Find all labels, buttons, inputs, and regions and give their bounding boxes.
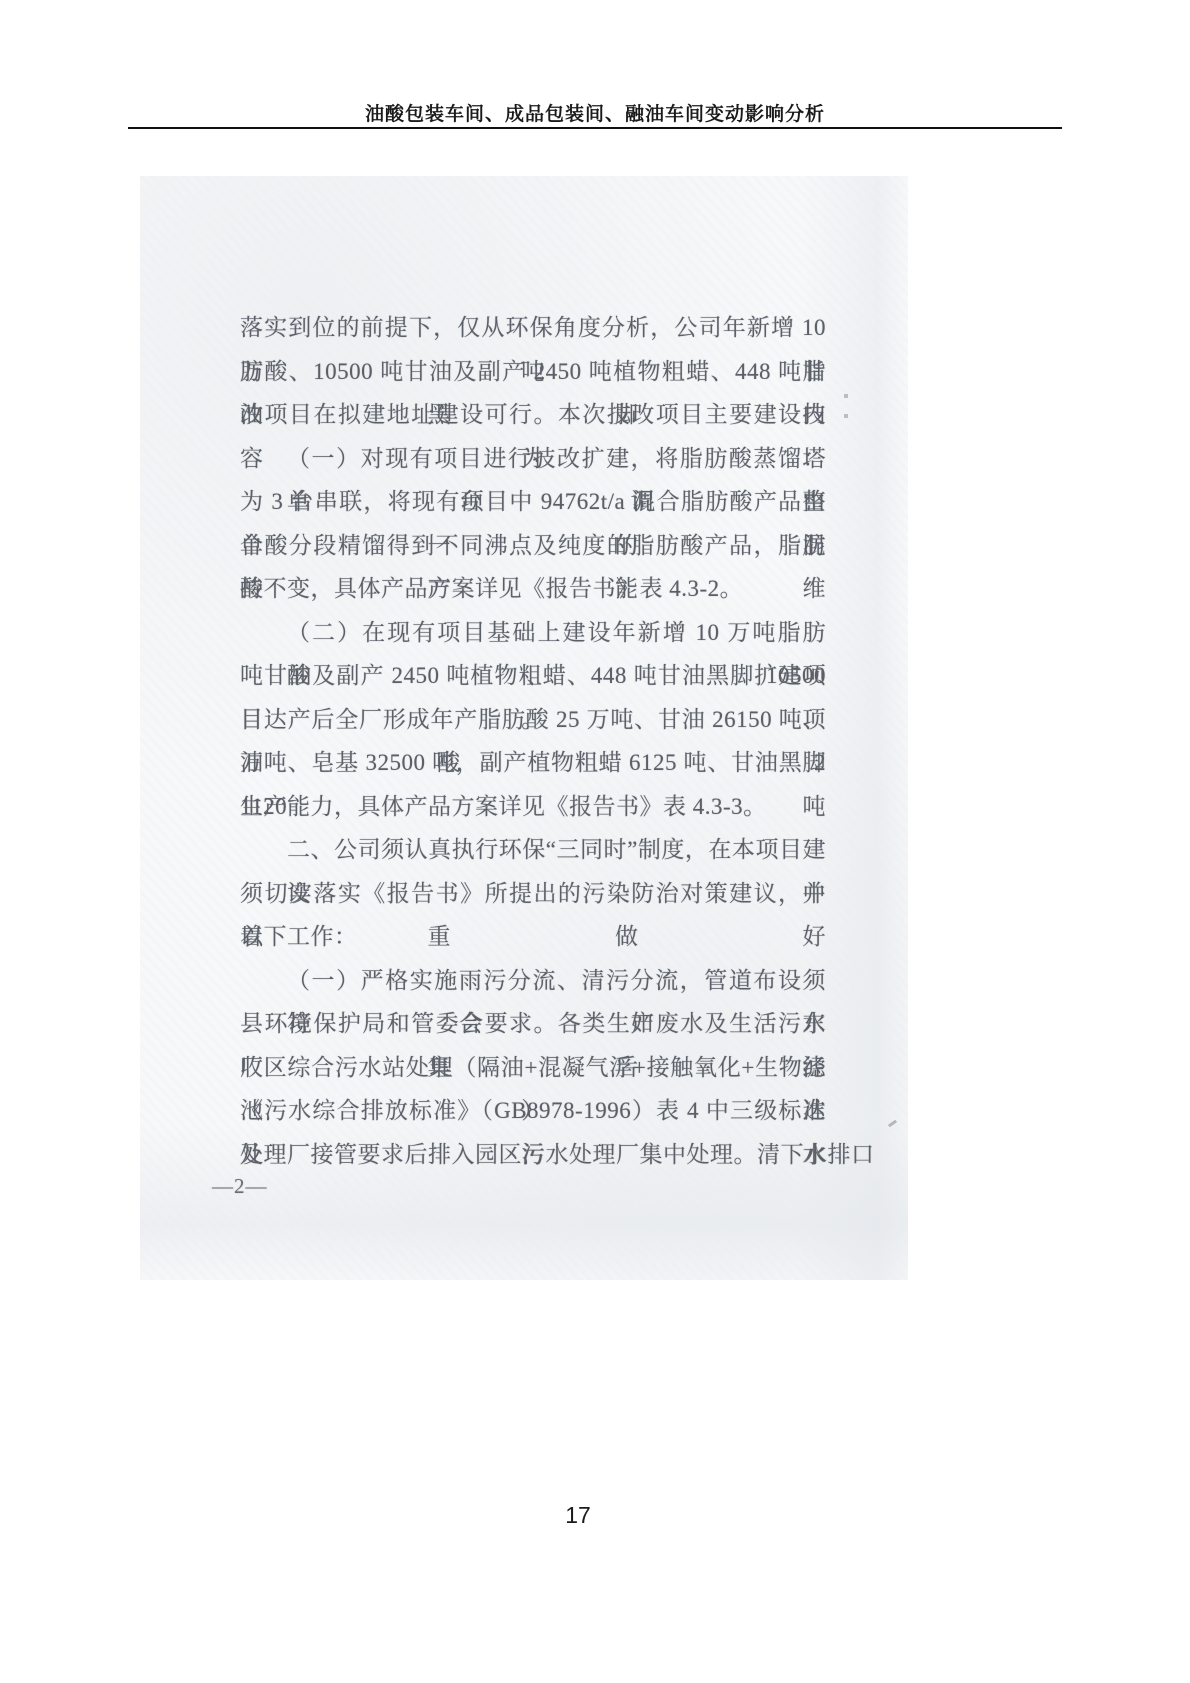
text-line: 落实到位的前提下，仅从环保角度分析，公司年新增 10 万吨脂 (240, 306, 826, 350)
text-line: （一）对现有项目进行技改扩建，将脂肪酸蒸馏塔单台调整 (240, 437, 826, 481)
header-title: 油酸包装车间、成品包装间、融油车间变动影响分析 (0, 99, 1190, 126)
document-page: 油酸包装车间、成品包装间、融油车间变动影响分析 落实到位的前提下，仅从环保角度分… (0, 0, 1190, 1683)
text-line: 持不变，具体产品方案详见《报告书》表 4.3-2。 (240, 567, 826, 611)
text-line: 万吨、皂基 32500 吨，副产植物粗蜡 6125 吨、甘油黑脚 1120 吨 (240, 741, 826, 785)
text-line: 县环境保护局和管委会要求。各类生产废水及生活污水收集后经 (240, 1002, 826, 1046)
scan-text-lines: 落实到位的前提下，仅从环保角度分析，公司年新增 10 万吨脂肪酸、10500 吨… (240, 306, 826, 1176)
text-line: 《污水综合排放标准》（GB8978-1996）表 4 中三级标准及污水 (240, 1089, 826, 1133)
text-line: 须切实落实《报告书》所提出的污染防治对策建议，并着重做好 (240, 872, 826, 916)
header-rule (128, 127, 1062, 129)
text-line: 改项目在拟建地址建设可行。本次技改项目主要建设内容为： (240, 393, 826, 437)
text-line: 吨甘油及副产 2450 吨植物粗蜡、448 吨甘油黑脚扩建项目。项 (240, 654, 826, 698)
text-line: 合酸分段精馏得到不同沸点及纯度的脂肪酸产品，脂肪酸产能维 (240, 524, 826, 568)
scan-artifact-tick (888, 1120, 897, 1128)
text-line: 处理厂接管要求后排入园区污水处理厂集中处理。清下水排口 (240, 1133, 826, 1177)
page-number: 17 (0, 1502, 1156, 1529)
text-line: 生产能力，具体产品方案详见《报告书》表 4.3-3。 (240, 785, 826, 829)
scan-page-number: —2— (212, 1172, 268, 1200)
text-line: 肪酸、10500 吨甘油及副产 2450 吨植物粗蜡、448 吨甘油黑脚技 (240, 350, 826, 394)
scanned-document: 落实到位的前提下，仅从环保角度分析，公司年新增 10 万吨脂肪酸、10500 吨… (140, 176, 908, 1280)
text-line: （一）严格实施雨污分流、清污分流，管道布设须符合如东 (240, 959, 826, 1003)
text-line: 为 3 台串联，将现有项目中 94762t/a 混合脂肪酸产品由单一的混 (240, 480, 826, 524)
text-line: 二、公司须认真执行环保“三同时”制度，在本项目建设中 (240, 828, 826, 872)
text-line: 目达产后全厂形成年产脂肪酸 25 万吨、甘油 26150 吨、油酸 2 (240, 698, 826, 742)
scan-artifact-dots (844, 394, 848, 418)
text-line: 厂区综合污水站处理（隔油+混凝气浮+接触氧化+生物滤池）达 (240, 1046, 826, 1090)
text-line: （二）在现有项目基础上建设年新增 10 万吨脂肪酸、10500 (240, 611, 826, 655)
